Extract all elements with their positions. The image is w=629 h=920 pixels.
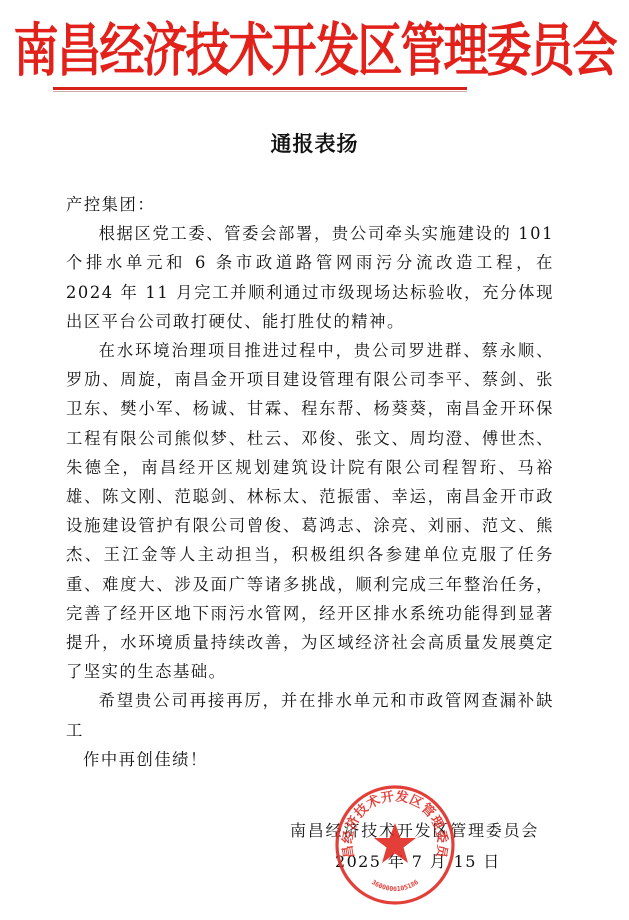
svg-text:3600000105186: 3600000105186	[370, 878, 420, 893]
paragraph-closing-hope: 希望贵公司再接再厉，并在排水单元和市政管网查漏补缺工	[66, 686, 554, 744]
seal-stamp-icon: 南昌经济技术开发区管理委员会 3600000105186	[333, 783, 457, 907]
letterhead-red-rule-shadow	[53, 91, 467, 92]
seal-star-icon	[374, 823, 416, 863]
paragraph-closing-hope-continued: 作中再创佳绩！	[66, 745, 554, 774]
document-title: 通报表扬	[0, 130, 629, 158]
document-body: 产控集团： 根据区党工委、管委会部署，贵公司牵头实施建设的 101 个排水单元和…	[66, 190, 554, 774]
paragraph-commended-staff: 在水环境治理项目推进过程中，贵公司罗进群、蔡永顺、罗劢、周旋，南昌金开项目建设管…	[66, 336, 554, 686]
letterhead-red-rule	[53, 87, 467, 90]
paragraph-project-completion: 根据区党工委、管委会部署，贵公司牵头实施建设的 101 个排水单元和 6 条市政…	[66, 219, 554, 336]
letterhead-agency-name: 南昌经济技术开发区管理委员会	[0, 2, 629, 99]
salutation: 产控集团：	[66, 190, 554, 219]
seal-serial-number: 3600000105186	[370, 878, 420, 893]
official-seal: 南昌经济技术开发区管理委员会 3600000105186	[333, 783, 457, 907]
